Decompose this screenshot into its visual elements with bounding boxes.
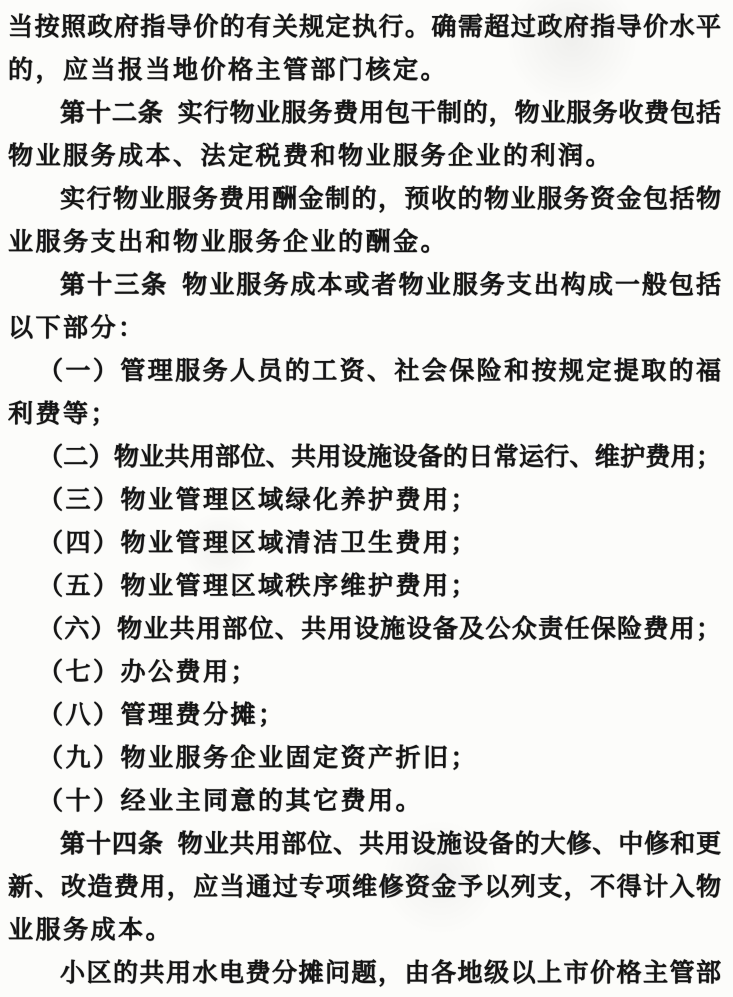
text-line: 业服务成本。 [8, 909, 721, 952]
line-text: （十）经业主同意的其它费用。 [38, 788, 423, 815]
article-number: 第十四条 [60, 831, 164, 858]
line-text: （四）物业管理区域清洁卫生费用； [38, 530, 478, 557]
line-text: 物业服务成本或者物业服务支出构成一般包括 [182, 272, 721, 299]
line-text: （二）物业共用部位、共用设施设备的日常运行、维护费用； [38, 444, 721, 471]
line-text: 业服务支出和物业服务企业的酬金。 [8, 229, 448, 256]
text-line: 第十四条物业共用部位、共用设施设备的大修、中修和更 [8, 823, 721, 866]
text-line: 利费等； [8, 393, 721, 436]
line-text: 小区的共用水电费分摊问题，由各地级以上市价格主管部 [60, 960, 721, 987]
line-text: （八）管理费分摊； [38, 702, 286, 729]
text-line: 业服务支出和物业服务企业的酬金。 [8, 221, 721, 264]
text-line: 第十二条实行物业服务费用包干制的，物业服务收费包括 [8, 92, 721, 135]
text-line: （四）物业管理区域清洁卫生费用； [8, 522, 721, 565]
line-text: （一）管理服务人员的工资、社会保险和按规定提取的福 [38, 358, 721, 385]
text-line: 的，应当报当地价格主管部门核定。 [8, 49, 721, 92]
line-text: （三）物业管理区域绿化养护费用； [38, 487, 478, 514]
text-line: （三）物业管理区域绿化养护费用； [8, 479, 721, 522]
line-text: 实行物业服务费用包干制的，物业服务收费包括 [178, 100, 721, 127]
scanned-document-page: 当按照政府指导价的有关规定执行。确需超过政府指导价水平的，应当报当地价格主管部门… [0, 0, 733, 997]
line-text: 当按照政府指导价的有关规定执行。确需超过政府指导价水平 [8, 14, 721, 41]
text-line: （六）物业共用部位、共用设施设备及公众责任保险费用； [8, 608, 721, 651]
line-text: 新、改造费用，应当通过专项维修资金予以列支，不得计入物 [8, 874, 721, 901]
text-line: （五）物业管理区域秩序维护费用； [8, 565, 721, 608]
text-line: 物业服务成本、法定税费和物业服务企业的利润。 [8, 135, 721, 178]
text-line: 当按照政府指导价的有关规定执行。确需超过政府指导价水平 [8, 6, 721, 49]
text-line: 第十三条物业服务成本或者物业服务支出构成一般包括 [8, 264, 721, 307]
line-text: 的，应当报当地价格主管部门核定。 [8, 57, 448, 84]
text-line: 以下部分： [8, 307, 721, 350]
article-number: 第十三条 [60, 272, 168, 299]
line-text: （七）办公费用； [38, 659, 258, 686]
text-line: 实行物业服务费用酬金制的，预收的物业服务资金包括物 [8, 178, 721, 221]
text-line: （二）物业共用部位、共用设施设备的日常运行、维护费用； [8, 436, 721, 479]
line-text: （六）物业共用部位、共用设施设备及公众责任保险费用； [38, 616, 721, 643]
text-line: （一）管理服务人员的工资、社会保险和按规定提取的福 [8, 350, 721, 393]
text-line: （九）物业服务企业固定资产折旧； [8, 737, 721, 780]
text-line: （八）管理费分摊； [8, 694, 721, 737]
line-text: 实行物业服务费用酬金制的，预收的物业服务资金包括物 [60, 186, 721, 213]
line-text: （五）物业管理区域秩序维护费用； [38, 573, 478, 600]
line-text: 以下部分： [8, 315, 146, 342]
text-line: （七）办公费用； [8, 651, 721, 694]
line-text: （九）物业服务企业固定资产折旧； [38, 745, 478, 772]
text-line: 小区的共用水电费分摊问题，由各地级以上市价格主管部 [8, 952, 721, 995]
document-text-block: 当按照政府指导价的有关规定执行。确需超过政府指导价水平的，应当报当地价格主管部门… [8, 6, 721, 995]
text-line: （十）经业主同意的其它费用。 [8, 780, 721, 823]
line-text: 物业共用部位、共用设施设备的大修、中修和更 [178, 831, 721, 858]
article-number: 第十二条 [60, 100, 164, 127]
line-text: 物业服务成本、法定税费和物业服务企业的利润。 [8, 143, 613, 170]
text-line: 新、改造费用，应当通过专项维修资金予以列支，不得计入物 [8, 866, 721, 909]
line-text: 业服务成本。 [8, 917, 173, 944]
line-text: 利费等； [8, 401, 118, 428]
